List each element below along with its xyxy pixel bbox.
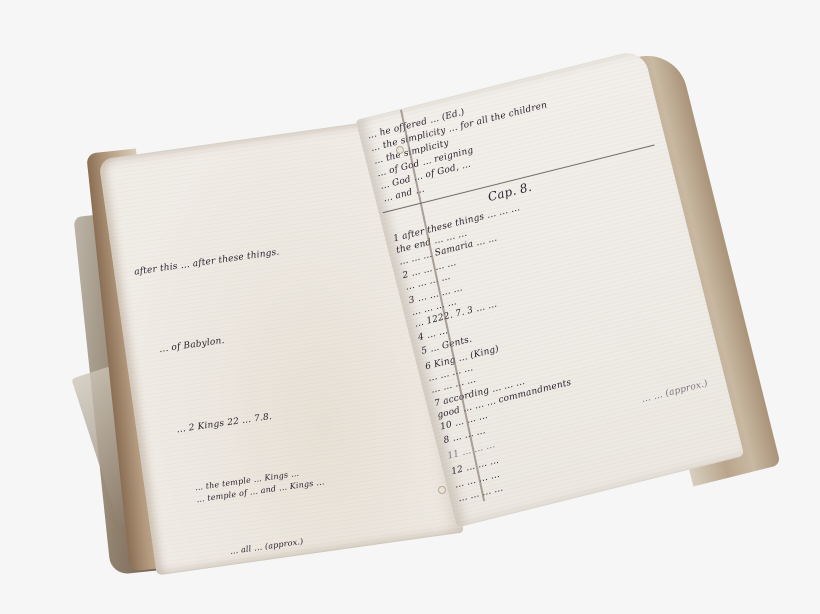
handwritten-line: ... of Babylon. <box>159 336 226 355</box>
handwritten-line: ... 2 Kings 22 ... 7.8. <box>176 412 273 435</box>
binding-stitch <box>396 146 404 154</box>
manuscript-photo: after this ... after these things. ... o… <box>0 0 820 614</box>
handwritten-line: ... all ... (approx.) <box>229 537 303 556</box>
margin-note: ... ... (approx.) <box>641 379 709 405</box>
chapter-heading: Cap. 8. <box>487 180 534 204</box>
binding-stitch <box>438 486 446 494</box>
handwritten-line: after this ... after these things. <box>134 247 280 277</box>
